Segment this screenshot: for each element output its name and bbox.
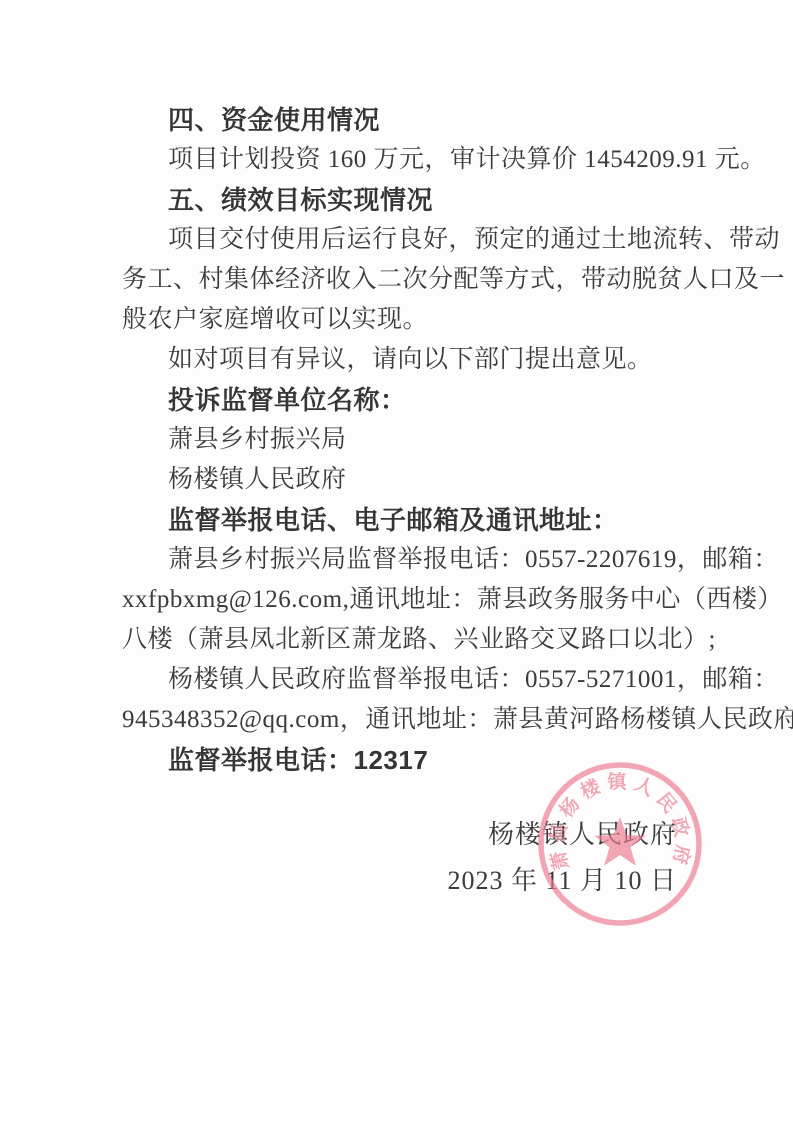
document-body: 四、资金使用情况项目计划投资 160 万元，审计决算价 1454209.91 元…	[122, 100, 707, 780]
signature-org: 杨楼镇人民政府	[447, 812, 677, 858]
document-line: 杨楼镇人民政府监督举报电话：0557-5271001，邮箱：	[122, 660, 707, 700]
document-line: 项目交付使用后运行良好，预定的通过土地流转、带动	[122, 220, 707, 260]
signature-block: 杨楼镇人民政府 2023 年 11 月 10 日	[447, 812, 677, 904]
document-line: 五、绩效目标实现情况	[122, 180, 707, 220]
document-line: 八楼（萧县凤北新区萧龙路、兴业路交叉路口以北）;	[122, 620, 707, 660]
document-line: 投诉监督单位名称：	[122, 380, 707, 420]
document-line: 项目计划投资 160 万元，审计决算价 1454209.91 元。	[122, 140, 707, 180]
document-line: 945348352@qq.com，通讯地址：萧县黄河路杨楼镇人民政府;	[122, 700, 707, 740]
document-line: 务工、村集体经济收入二次分配等方式，带动脱贫人口及一	[122, 260, 707, 300]
signature-date: 2023 年 11 月 10 日	[447, 858, 677, 904]
document-line: 四、资金使用情况	[122, 100, 707, 140]
scanned-document-page: 四、资金使用情况项目计划投资 160 万元，审计决算价 1454209.91 元…	[0, 0, 793, 1122]
document-line: 杨楼镇人民政府	[122, 460, 707, 500]
document-line: 监督举报电话、电子邮箱及通讯地址：	[122, 500, 707, 540]
document-line: 如对项目有异议，请向以下部门提出意见。	[122, 340, 707, 380]
document-line: 萧县乡村振兴局监督举报电话：0557-2207619，邮箱：	[122, 540, 707, 580]
document-line: 监督举报电话：12317	[122, 740, 707, 780]
document-line: 般农户家庭增收可以实现。	[122, 300, 707, 340]
document-line: xxfpbxmg@126.com,通讯地址：萧县政务服务中心（西楼）	[122, 580, 707, 620]
document-line: 萧县乡村振兴局	[122, 420, 707, 460]
